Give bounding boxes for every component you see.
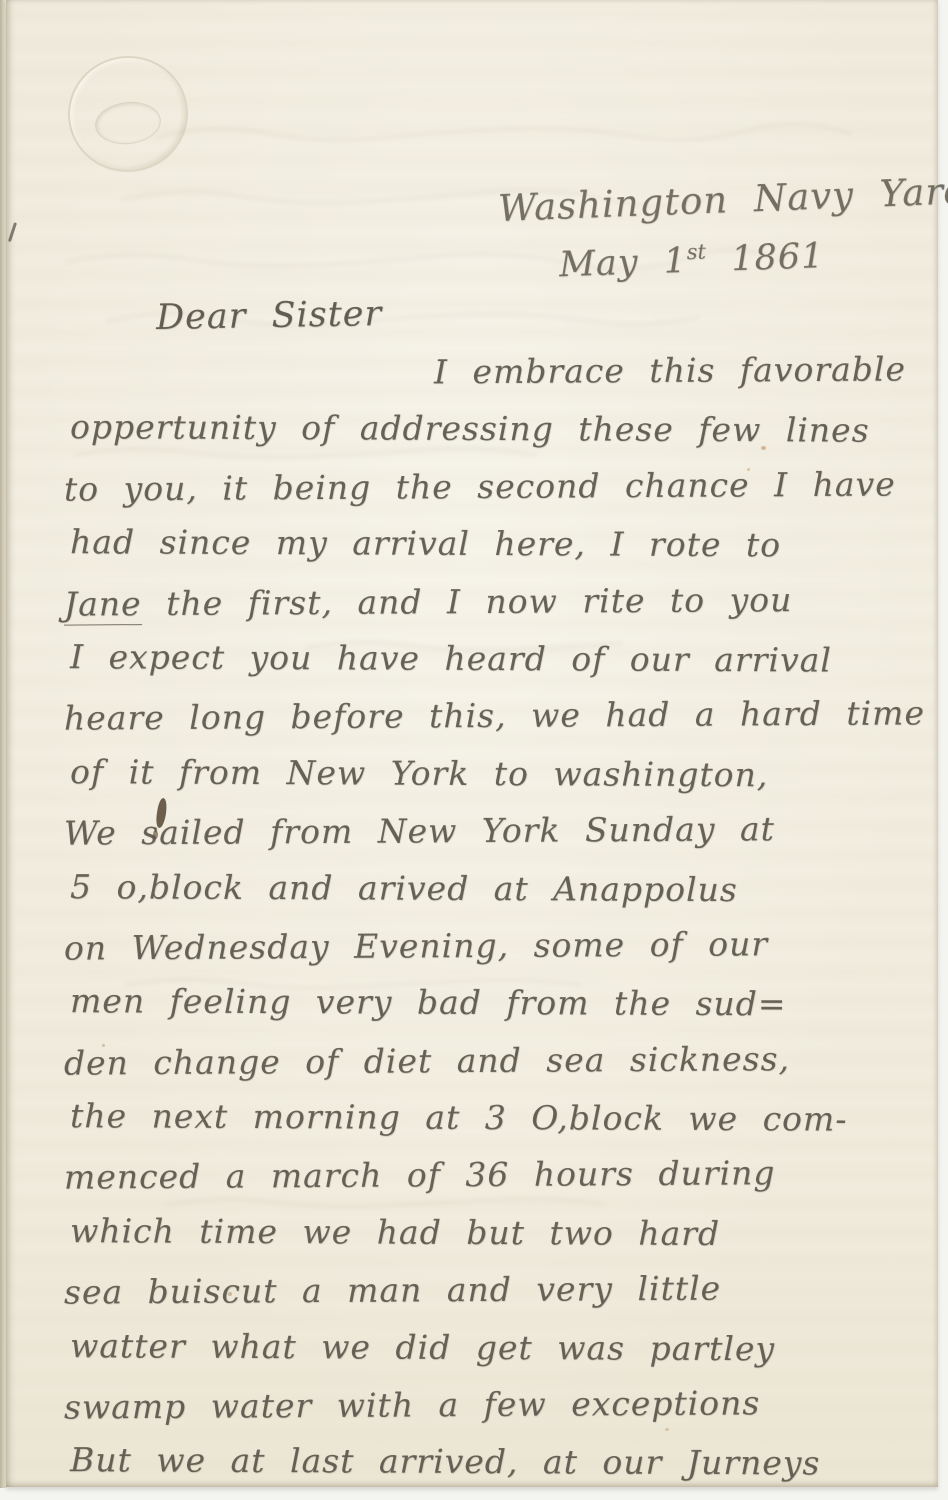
letter-salutation: Dear Sister [156,294,383,338]
underlined-name: Jane [64,584,142,625]
letter-line: the next morning at 3 O,block we com- [70,1096,908,1157]
letter-line: to you, it being the second chance I hav… [64,464,908,527]
letter-line: on Wednesday Evening, some of our [64,923,908,986]
letter-line: 5 o,block and arived at Anappolus [70,867,908,928]
letter-line: of it from New York to washington, [70,752,908,813]
letter-scan: Washington Navy Yard May 1st 1861 Dear S… [0,0,948,1500]
date-year: 1861 [705,236,825,280]
letter-line: swamp water with a few exceptions [64,1382,908,1445]
embossed-seal-center [93,99,163,148]
date-day: May 1 [558,241,687,285]
letter-line-with-underline: Jane the first, and I now rite to you [64,579,908,642]
letter-line: We sailed from New York Sunday at [64,809,908,872]
letter-line: I embrace this favorable [64,349,908,412]
letter-line: which time we had but two hard [70,1211,908,1272]
letter-line: heare long before this, we had a hard ti… [64,694,908,757]
letter-line: oppertunity of addressing these few line… [70,408,908,469]
letter-line: men feeling very bad from the sud= [70,981,908,1042]
letter-body: I embrace this favorable oppertunity of … [64,352,908,1500]
letter-line: den change of diet and sea sickness, [64,1038,908,1101]
letter-line: menced a march of 36 hours during [64,1153,908,1216]
date-ordinal-suffix: st [686,240,706,265]
letter-line: I expect you have heard of our arrival [70,637,908,698]
letter-line: sea buiscut a man and very little [64,1268,908,1331]
letter-line: But we at last arrived, at our Jurneys [70,1441,908,1500]
letter-page: Washington Navy Yard May 1st 1861 Dear S… [6,0,938,1487]
letter-line: had since my arrival here, I rote to [70,522,908,583]
letter-line: watter what we did get was partley [70,1326,908,1387]
letter-line-rest: the first, and I now rite to you [142,580,793,623]
